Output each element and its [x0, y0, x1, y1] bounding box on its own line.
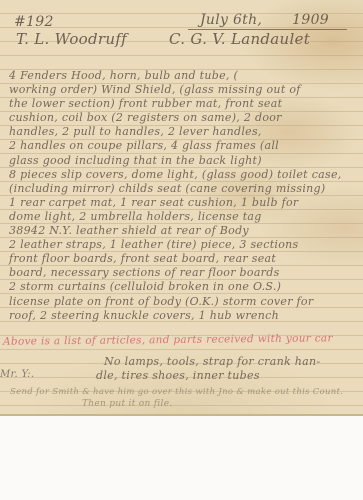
- manuscript-line: 2 handles on coupe pillars, 4 glass fram…: [9, 139, 361, 153]
- manuscript-page: #192 July 6th, 1909 T. L. Woodruff C. G.…: [0, 0, 363, 416]
- manuscript-line: dome light, 2 umbrella holders, license …: [9, 210, 361, 224]
- missing-items-line-1: No lamps, tools, strap for crank han-: [104, 355, 320, 368]
- manuscript-line: (including mirror) childs seat (cane cov…: [9, 182, 361, 196]
- header-row: #192 July 6th, 1909: [14, 5, 355, 30]
- inventory-text: 4 Fenders Hood, horn, bulb and tube, ( w…: [9, 69, 361, 323]
- manuscript-line: license plate on front of body (O.K.) st…: [9, 295, 361, 309]
- manuscript-line: 4 Fenders Hood, horn, bulb and tube, (: [9, 69, 361, 83]
- manuscript-line: the lower section) front rubber mat, fro…: [9, 97, 361, 111]
- pencil-instruction-line-1: Send for Smith & have him go over this w…: [10, 387, 343, 397]
- manuscript-line: handles, 2 pull to handles, 2 lever hand…: [9, 125, 361, 139]
- manuscript-line: 8 pieces slip covers, dome light, (glass…: [9, 168, 361, 182]
- date-line: July 6th, 1909: [188, 12, 347, 30]
- manuscript-line: roof, 2 steering knuckle covers, 1 hub w…: [9, 309, 361, 323]
- manuscript-line: 38942 N.Y. leather shield at rear of Bod…: [9, 224, 361, 238]
- manuscript-line: cushion, coil box (2 registers on same),…: [9, 111, 361, 125]
- title-line: T. L. Woodruff C. G. V. Landaulet: [16, 30, 310, 48]
- manuscript-line: board, necessary sections of rear floor …: [9, 266, 361, 280]
- margin-note: Mr. Y:.: [0, 369, 34, 380]
- manuscript-line: glass good including that in the back li…: [9, 154, 361, 168]
- manuscript-line: 2 leather straps, 1 leather (tire) piece…: [9, 238, 361, 252]
- manuscript-line: 1 rear carpet mat, 1 rear seat cushion, …: [9, 196, 361, 210]
- red-ink-note: Above is a list of articles, and parts r…: [3, 332, 333, 347]
- date-month-day: July 6th,: [200, 12, 262, 28]
- document-number: #192: [14, 14, 54, 30]
- missing-items-line-2: dle, tires shoes, inner tubes: [96, 369, 260, 382]
- manuscript-line: 2 storm curtains (celluloid broken in on…: [9, 280, 361, 294]
- manuscript-line: working order) Wind Shield, (glass missi…: [9, 83, 361, 97]
- vehicle-name: C. G. V. Landaulet: [169, 30, 310, 48]
- owner-name: T. L. Woodruff: [16, 30, 127, 48]
- pencil-instruction-line-2: Then put it on file.: [82, 399, 173, 409]
- date-year: 1909: [292, 12, 329, 28]
- scan-background: [0, 416, 363, 500]
- manuscript-line: front floor boards, front seat board, re…: [9, 252, 361, 266]
